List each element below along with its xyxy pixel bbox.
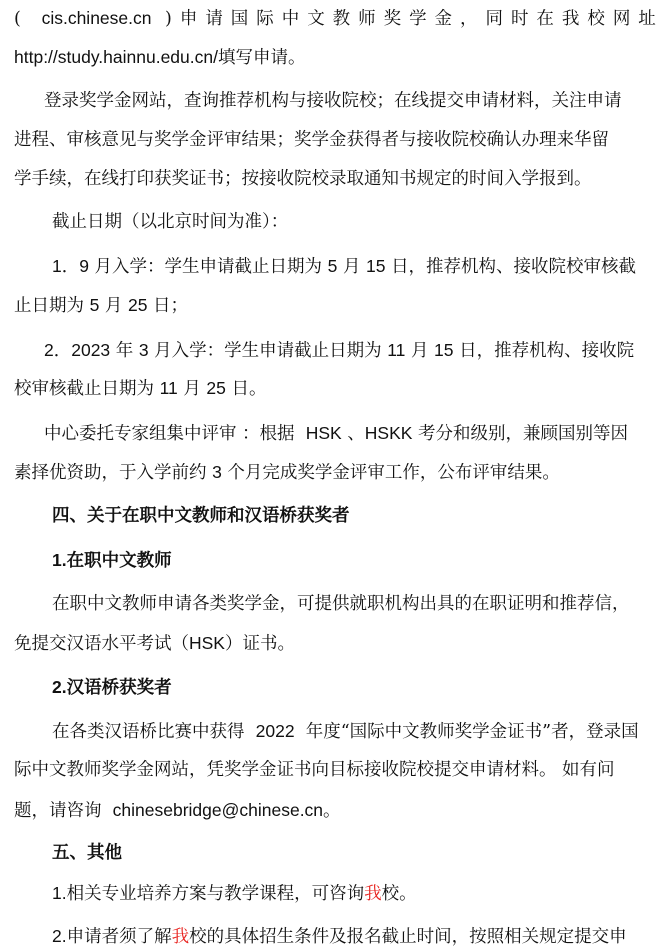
paragraph-line: 中心委托专家组集中评审 ：根据 HSK 、HSKK 考分和级别，兼顾国别等因 <box>44 421 663 446</box>
paragraph-line: 在各类汉语桥比赛中获得 2022 年度“国际中文教师奖学金证书”者，登录国 <box>52 719 663 744</box>
text-span: 截止日期（以北京时间为准）： <box>52 212 288 232</box>
website-link-hainnu[interactable]: http://study.hainnu.edu.cn/ <box>14 47 218 67</box>
subheading-chinese-bridge: 2.汉语桥获奖者 <box>52 675 663 700</box>
subheading-text: 汉语桥获奖者 <box>67 678 172 698</box>
paragraph-line: 素择优资助，于入学前约 3 个月完成奖学金评审工作，公布评审结果。 <box>14 460 663 485</box>
text-span: 中心委托专家组集中评审 ：根据 <box>44 424 295 444</box>
text-span: 素择优资助，于入学前约 <box>14 463 207 483</box>
text-span: 进程、审核意见与奖学金评审结果；奖学金获得者与接收院校确认办理来华留 <box>14 130 609 150</box>
subheading-in-service-teachers: 1.在职中文教师 <box>52 548 663 573</box>
highlighted-text: 我 <box>364 884 382 904</box>
number-span: 25 <box>206 378 225 398</box>
hsk-term: HSK <box>189 633 225 653</box>
list-number: 1．9 <box>52 256 89 276</box>
paragraph-line: 免提交汉语水平考试（HSK）证书。 <box>14 631 663 656</box>
list-item-line: 1.相关专业培养方案与教学课程，可咨询我校。 <box>52 881 663 906</box>
text-span: 日。 <box>231 379 266 399</box>
number-span: 15 <box>434 340 453 360</box>
email-link[interactable]: chinesebridge@chinese.cn <box>113 800 323 820</box>
text-span: 年度“国际中文教师奖学金证书”者，登录国 <box>306 722 639 742</box>
text-span: 校审核截止日期为 <box>14 379 154 399</box>
number-span: 5 <box>90 295 100 315</box>
paragraph-line: 截止日期（以北京时间为准）： <box>52 210 663 234</box>
section-heading-4: 四、关于在职中文教师和汉语桥获奖者 <box>52 504 663 528</box>
paragraph-line: 际中文教师奖学金网站，凭奖学金证书向目标接收院校提交申请材料。 如有问 <box>14 758 663 782</box>
paragraph-line: 在职中文教师申请各类奖学金，可提供就职机构出具的在职证明和推荐信， <box>52 592 663 616</box>
text-span: 月 <box>105 296 123 316</box>
paragraph-line: 题，请咨询 chinesebridge@chinese.cn。 <box>14 798 663 823</box>
hskk-term: HSKK <box>365 423 413 443</box>
text-span: 、 <box>347 424 365 444</box>
text-span: 题，请咨询 <box>14 801 102 821</box>
subheading-text: 在职中文教师 <box>67 551 172 571</box>
text-span: 月入学：学生申请截止日期为 <box>95 257 323 277</box>
text-span: 校的具体招生条件及报名截止时间，按照相关规定提交申 <box>189 927 627 947</box>
paragraph-line: ( cis.chinese.cn )申请国际中文教师奖学金，同时在我校网址 <box>14 6 663 31</box>
list-number: 1. <box>52 883 67 903</box>
text-span: 填写申请。 <box>218 48 306 68</box>
number-span: 15 <box>366 256 385 276</box>
text-span: 学手续，在线打印获奖证书；按接收院校录取通知书规定的时间入学报到。 <box>14 169 592 189</box>
text-span: 校。 <box>382 884 417 904</box>
text-span: 在职中文教师申请各类奖学金，可提供就职机构出具的在职证明和推荐信， <box>52 594 630 614</box>
text-span: 申请者须了解 <box>67 927 172 947</box>
subheading-number: 1. <box>52 550 67 570</box>
paragraph-line: 学手续，在线打印获奖证书；按接收院校录取通知书规定的时间入学报到。 <box>14 167 663 191</box>
text-span: 相关专业培养方案与教学课程，可咨询 <box>67 884 365 904</box>
website-link-cis[interactable]: cis.chinese.cn <box>42 8 152 28</box>
number-span: 25 <box>128 295 147 315</box>
list-number: 2. <box>52 926 67 946</box>
section-heading-5: 五、其他 <box>52 841 663 865</box>
heading-text: 五、其他 <box>52 843 122 863</box>
paragraph-line: 止日期为 5 月 25 日； <box>14 293 663 318</box>
paragraph-line: http://study.hainnu.edu.cn/填写申请。 <box>14 45 663 70</box>
text-span: 月入学：学生申请截止日期为 <box>154 341 382 361</box>
list-item-line: 2.申请者须了解我校的具体招生条件及报名截止时间，按照相关规定提交申 <box>52 924 663 948</box>
text-span: 登录奖学金网站，查询推荐机构与接收院校；在线提交申请材料，关注申请 <box>44 91 622 111</box>
text-span: 日，推荐机构、接收院 <box>459 341 634 361</box>
list-item-line: 1．9 月入学：学生申请截止日期为 5 月 15 日，推荐机构、接收院校审核截 <box>52 254 663 279</box>
list-number: 2．2023 <box>44 340 110 360</box>
number-span: 11 <box>160 378 178 398</box>
paragraph-line: 进程、审核意见与奖学金评审结果；奖学金获得者与接收院校确认办理来华留 <box>14 128 663 152</box>
text-span: 。 <box>323 801 341 821</box>
text-span: 月 <box>183 379 201 399</box>
text-span: 止日期为 <box>14 296 84 316</box>
text-span: 月 <box>411 341 429 361</box>
text-span: ）证书。 <box>225 634 295 654</box>
paragraph-line: 校审核截止日期为 11 月 25 日。 <box>14 376 663 401</box>
paren-open: ( <box>14 9 28 29</box>
list-item-line: 2．2023 年 3 月入学：学生申请截止日期为 11 月 15 日，推荐机构、… <box>44 338 663 363</box>
text-span: 申请国际中文教师奖学金，同时在我校网址 <box>179 9 663 29</box>
number-span: 3 <box>139 340 149 360</box>
year-span: 2022 <box>256 721 295 741</box>
hsk-term: HSK <box>306 423 342 443</box>
subheading-number: 2. <box>52 677 67 697</box>
paren-close: ) <box>165 9 179 29</box>
text-span: 考分和级别，兼顾国别等因 <box>418 424 628 444</box>
number-span: 5 <box>328 256 338 276</box>
text-span: 在各类汉语桥比赛中获得 <box>52 722 245 742</box>
paragraph-line: 登录奖学金网站，查询推荐机构与接收院校；在线提交申请材料，关注申请 <box>44 89 663 113</box>
text-span: 日，推荐机构、接收院校审核截 <box>391 257 636 277</box>
text-span: 月 <box>343 257 361 277</box>
text-span: 个月完成奖学金评审工作，公布评审结果。 <box>227 463 560 483</box>
text-span: 日； <box>153 296 188 316</box>
text-span: 免提交汉语水平考试（ <box>14 634 189 654</box>
heading-text: 四、关于在职中文教师和汉语桥获奖者 <box>52 506 350 526</box>
highlighted-text: 我 <box>172 927 190 947</box>
number-span: 3 <box>212 462 222 482</box>
text-span: 年 <box>116 341 134 361</box>
text-span: 际中文教师奖学金网站，凭奖学金证书向目标接收院校提交申请材料。 如有问 <box>14 760 615 780</box>
number-span: 11 <box>387 340 405 360</box>
